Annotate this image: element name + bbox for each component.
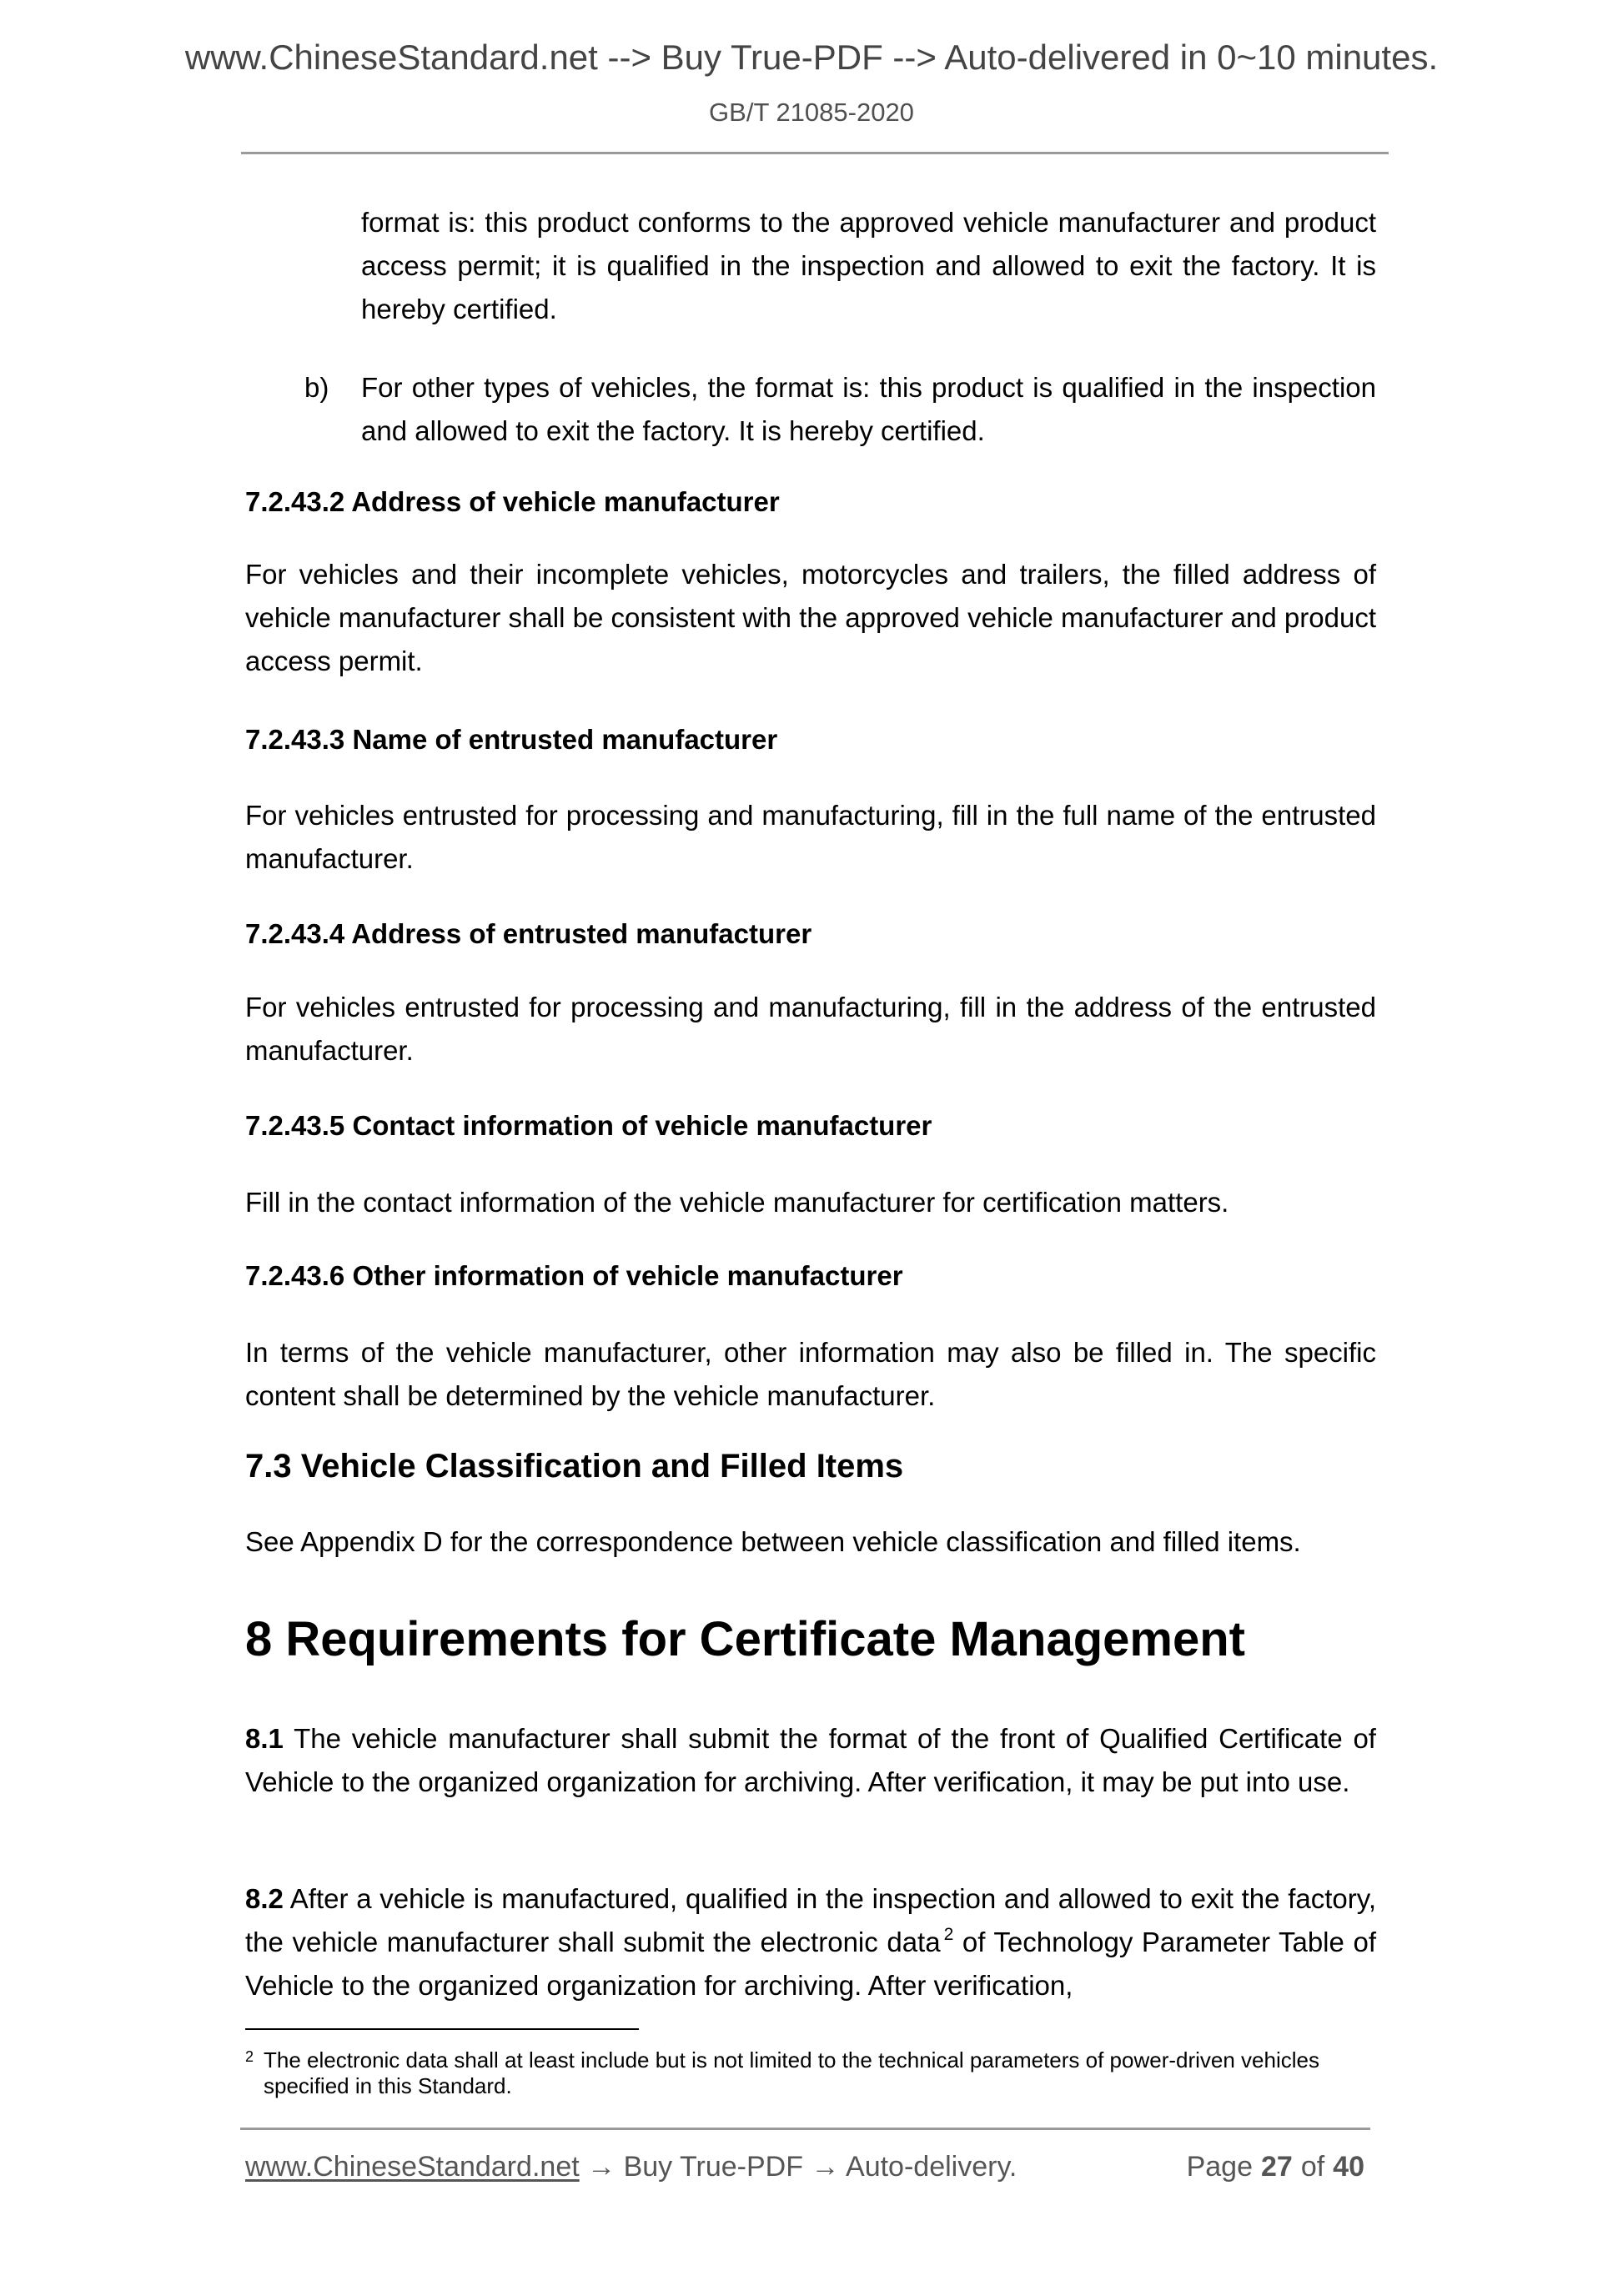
footnote: 2 The electronic data shall at least inc… xyxy=(245,2047,1376,2099)
heading-7-3: 7.3 Vehicle Classification and Filled It… xyxy=(245,1444,903,1488)
header-banner: www.ChineseStandard.net --> Buy True-PDF… xyxy=(0,37,1623,78)
list-item-b: For other types of vehicles, the format … xyxy=(361,366,1376,453)
arrow-right-icon: → xyxy=(587,2151,616,2183)
heading-7-2-43-3: 7.2.43.3 Name of entrusted manufacturer xyxy=(245,718,1376,761)
footnote-reference[interactable]: 2 xyxy=(944,1925,954,1944)
heading-chapter-8: 8 Requirements for Certificate Managemen… xyxy=(245,1610,1245,1669)
footnote-separator xyxy=(245,2028,639,2030)
footer-divider xyxy=(240,2128,1370,2130)
page-label: Page xyxy=(1187,2151,1253,2183)
footer-buy-text: Buy True-PDF xyxy=(624,2151,803,2183)
footnote-mark: 2 xyxy=(245,2044,254,2070)
paragraph-7-2-43-3: For vehicles entrusted for processing an… xyxy=(245,794,1376,881)
list-item-a-continuation: format is: this product conforms to the … xyxy=(361,201,1376,331)
clause-text: The vehicle manufacturer shall submit th… xyxy=(245,1723,1376,1797)
clause-number: 8.2 xyxy=(245,1883,284,1914)
footer-delivery-text: Auto-delivery. xyxy=(846,2151,1017,2183)
clause-8-2: 8.2 After a vehicle is manufactured, qua… xyxy=(245,1877,1376,2007)
arrow-right-icon: → xyxy=(811,2151,839,2183)
paragraph-7-2-43-6: In terms of the vehicle manufacturer, ot… xyxy=(245,1331,1376,1418)
footnote-text: The electronic data shall at least inclu… xyxy=(245,2047,1376,2099)
clause-number: 8.1 xyxy=(245,1723,284,1754)
page-indicator: Page27of40 xyxy=(1187,2150,1364,2183)
footer-site-link[interactable]: www.ChineseStandard.net xyxy=(245,2151,580,2183)
page-current: 27 xyxy=(1261,2151,1293,2183)
paragraph-7-3: See Appendix D for the correspondence be… xyxy=(245,1520,1376,1564)
footer-promo: www.ChineseStandard.net → Buy True-PDF →… xyxy=(245,2150,1017,2183)
page-total: 40 xyxy=(1333,2151,1364,2183)
heading-7-2-43-2: 7.2.43.2 Address of vehicle manufacturer xyxy=(245,480,1376,524)
heading-7-2-43-5: 7.2.43.5 Contact information of vehicle … xyxy=(245,1104,1376,1148)
header-divider xyxy=(241,152,1389,154)
standard-code: GB/T 21085-2020 xyxy=(0,98,1623,128)
heading-7-2-43-6: 7.2.43.6 Other information of vehicle ma… xyxy=(245,1254,1376,1298)
page-of-label: of xyxy=(1301,2151,1324,2183)
list-marker-b: b) xyxy=(304,366,329,409)
heading-7-2-43-4: 7.2.43.4 Address of entrusted manufactur… xyxy=(245,912,1376,956)
paragraph-7-2-43-2: For vehicles and their incomplete vehicl… xyxy=(245,553,1376,683)
paragraph-7-2-43-5: Fill in the contact information of the v… xyxy=(245,1181,1376,1224)
paragraph-7-2-43-4: For vehicles entrusted for processing an… xyxy=(245,986,1376,1073)
clause-8-1: 8.1 The vehicle manufacturer shall submi… xyxy=(245,1717,1376,1804)
